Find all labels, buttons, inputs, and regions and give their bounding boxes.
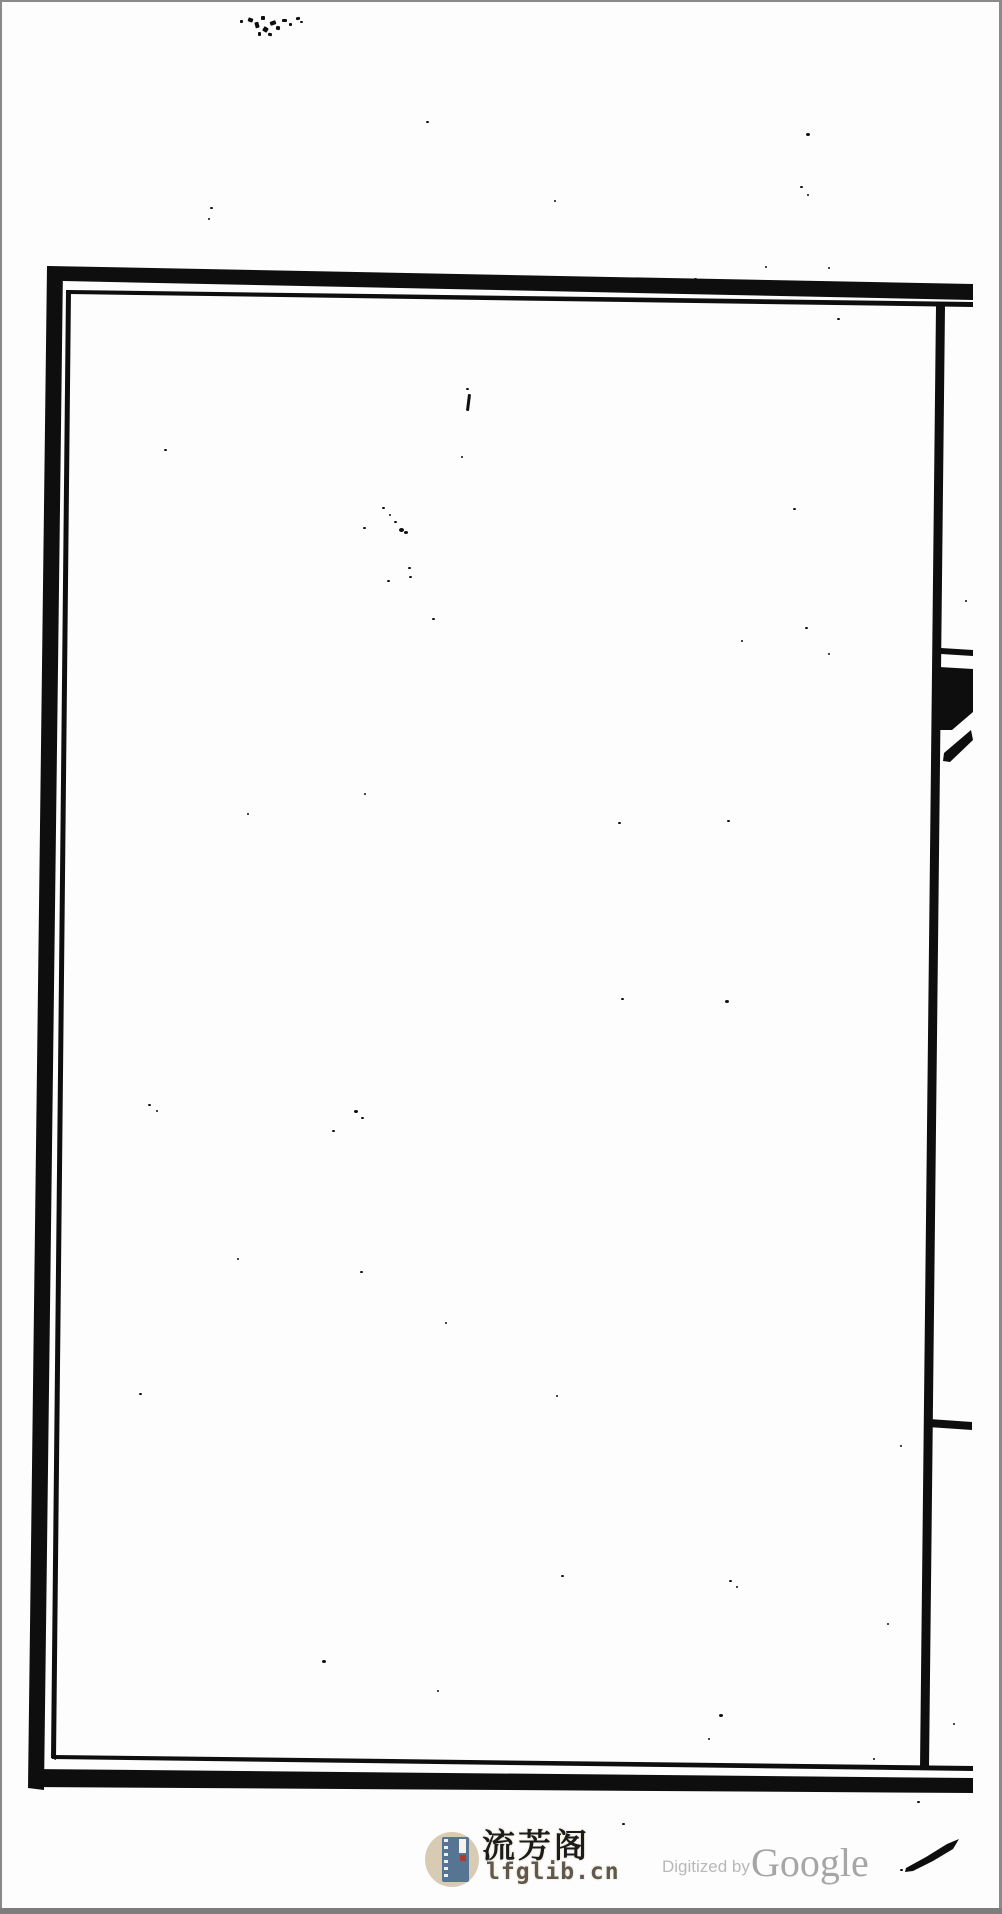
ink-speck xyxy=(139,1393,142,1395)
ink-smudge-mark xyxy=(240,20,243,23)
ink-speck xyxy=(409,576,412,578)
ink-speck xyxy=(247,813,249,815)
ink-smudge-mark xyxy=(268,33,273,37)
book-red-seal xyxy=(460,1855,466,1861)
ink-speck xyxy=(382,507,385,509)
ink-speck xyxy=(793,508,796,510)
ink-smudge-mark xyxy=(261,16,265,20)
digitized-by-label: Digitized by xyxy=(662,1858,750,1875)
ink-speck xyxy=(900,1869,903,1871)
google-logo: Google xyxy=(751,1843,869,1883)
ink-speck xyxy=(148,1104,151,1106)
ink-speck xyxy=(208,218,210,220)
ink-speck xyxy=(404,531,408,534)
ink-speck xyxy=(887,1623,889,1625)
ink-speck xyxy=(900,1445,902,1447)
ink-speck xyxy=(408,567,411,569)
ink-speck xyxy=(719,1714,723,1717)
ink-smear xyxy=(905,1839,959,1872)
ink-speck xyxy=(741,640,743,642)
ink-speck xyxy=(727,820,730,822)
ink-speck xyxy=(917,1801,920,1803)
ink-speck xyxy=(445,1322,447,1324)
ink-speck xyxy=(621,998,624,1000)
ink-speck xyxy=(432,618,435,620)
ink-speck xyxy=(765,266,767,268)
ink-speck xyxy=(387,580,390,582)
gutter-tick xyxy=(928,1419,972,1430)
book-stitch-binding xyxy=(444,1839,448,1880)
ink-speck xyxy=(837,318,840,320)
ink-speck xyxy=(828,267,830,269)
ink-speck xyxy=(828,653,830,655)
ink-speck xyxy=(556,1395,558,1397)
ink-speck xyxy=(708,1738,710,1740)
ink-speck xyxy=(729,1580,732,1582)
ink-speck xyxy=(360,1271,363,1273)
ink-speck xyxy=(461,456,463,458)
outer-frame-bottom xyxy=(29,1769,973,1793)
ink-speck xyxy=(389,514,391,516)
ink-speck xyxy=(426,121,429,123)
ink-speck xyxy=(725,1000,729,1003)
ink-speck xyxy=(561,1575,564,1577)
ink-smudge-mark xyxy=(282,19,287,22)
watermark-site-domain: lfglib.cn xyxy=(486,1861,620,1884)
ink-smudge-mark xyxy=(258,32,261,36)
ink-speck xyxy=(554,200,556,202)
ink-speck xyxy=(618,822,621,824)
ink-speck xyxy=(800,186,803,188)
lfglib-logo-badge xyxy=(425,1832,479,1887)
ink-speck xyxy=(322,1660,326,1663)
ink-smudge-mark xyxy=(276,26,281,31)
ink-speck xyxy=(364,793,366,795)
book-icon xyxy=(442,1837,469,1882)
inner-frame-bottom xyxy=(52,1755,973,1771)
book-title-label xyxy=(459,1839,466,1853)
frame-right-border xyxy=(920,306,945,1768)
ink-speck xyxy=(394,521,397,523)
ink-speck xyxy=(363,527,366,529)
ink-speck xyxy=(807,194,809,196)
ink-speck xyxy=(965,600,967,602)
ink-speck xyxy=(354,1110,358,1113)
scanned-book-page: 流芳阁 lfglib.cn Digitized by Google xyxy=(0,0,1002,1914)
ink-speck xyxy=(806,133,810,136)
ink-speck xyxy=(805,627,808,629)
ink-speck xyxy=(237,1258,239,1260)
ink-smudge-mark xyxy=(289,23,292,26)
ink-speck xyxy=(332,1130,335,1132)
ink-speck xyxy=(953,1723,955,1725)
ink-speck xyxy=(466,388,469,390)
ink-speck xyxy=(437,1690,439,1692)
ink-speck xyxy=(210,207,213,209)
gutter-rule xyxy=(941,648,973,656)
ink-smudge-mark xyxy=(300,21,303,23)
ink-speck xyxy=(622,1823,625,1825)
ink-speck xyxy=(156,1110,158,1112)
ink-speck xyxy=(873,1758,875,1760)
ink-speck xyxy=(164,449,167,451)
page-frame-border xyxy=(0,0,1002,1914)
gutter-shadow-wedge xyxy=(939,667,973,730)
gutter-shadow-stripe xyxy=(943,730,973,762)
ink-speck xyxy=(694,278,697,280)
ink-speck xyxy=(736,1586,738,1588)
ink-speck xyxy=(361,1117,364,1119)
